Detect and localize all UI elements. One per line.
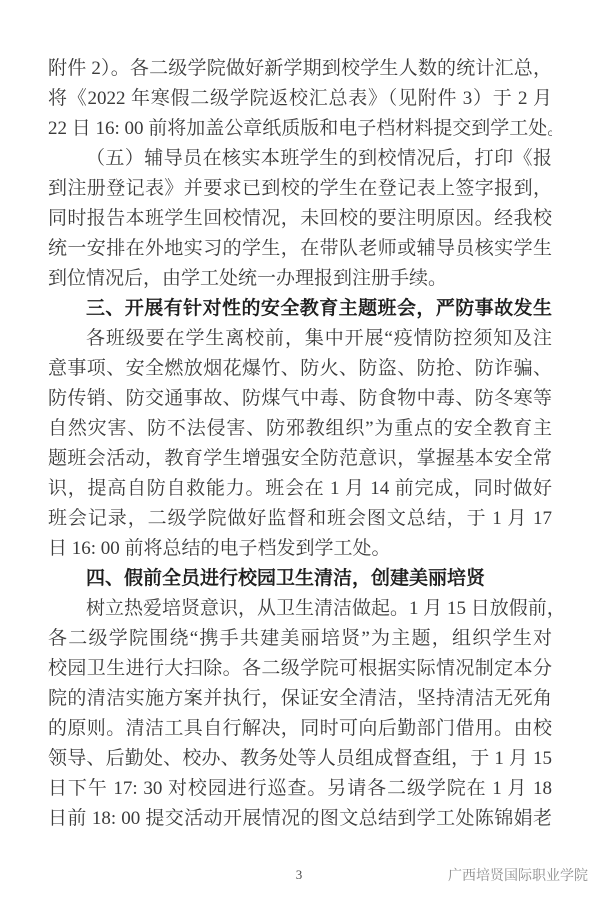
document-line: 意事项、安全燃放烟花爆竹、防火、防盗、防抢、防诈骗、	[48, 354, 552, 384]
document-line: 到注册登记表》并要求已到校的学生在登记表上签字报到，	[48, 174, 552, 204]
document-line: 日前 18: 00 提交活动开展情况的图文总结到学工处陈锦娟老	[48, 804, 552, 834]
document-line: 班会记录，二级学院做好监督和班会图文总结，于 1 月 17	[48, 504, 552, 534]
document-line: 防传销、防交通事故、防煤气中毒、防食物中毒、防冬寒等	[48, 384, 552, 414]
document-line: 日 16: 00 前将总结的电子档发到学工处。	[48, 534, 552, 564]
document-line: 到位情况后，由学工处统一办理报到注册手续。	[48, 264, 552, 294]
document-line: 各班级要在学生离校前，集中开展“疫情防控须知及注	[48, 324, 552, 354]
document-line: 领导、后勤处、校办、教务处等人员组成督查组，于 1 月 15	[48, 744, 552, 774]
document-line: 树立热爱培贤意识，从卫生清洁做起。1 月 15 日放假前，	[48, 594, 552, 624]
document-page: 附件 2）。各二级学院做好新学期到校学生人数的统计汇总， 将《2022 年寒假二…	[0, 0, 598, 900]
document-line: 的原则。清洁工具自行解决，同时可向后勤部门借用。由校	[48, 714, 552, 744]
document-line: 将《2022 年寒假二级学院返校汇总表》（见附件 3）于 2 月	[48, 84, 552, 114]
document-line: 日下午 17: 30 对校园进行巡查。另请各二级学院在 1 月 18	[48, 774, 552, 804]
document-line: 同时报告本班学生回校情况，未回校的要注明原因。经我校	[48, 204, 552, 234]
document-line: （五）辅导员在核实本班学生的到校情况后，打印《报	[48, 144, 552, 174]
footer-school-name: 广西培贤国际职业学院	[448, 865, 588, 885]
document-line: 统一安排在外地实习的学生，在带队老师或辅导员核实学生	[48, 234, 552, 264]
document-line: 校园卫生进行大扫除。各二级学院可根据实际情况制定本分	[48, 654, 552, 684]
section-heading-four: 四、假前全员进行校园卫生清洁，创建美丽培贤	[48, 564, 552, 594]
document-line: 自然灾害、防不法侵害、防邪教组织”为重点的安全教育主	[48, 414, 552, 444]
document-line: 22 日 16: 00 前将加盖公章纸质版和电子档材料提交到学工处。	[48, 114, 552, 144]
document-line: 题班会活动，教育学生增强安全防范意识，掌握基本安全常	[48, 444, 552, 474]
document-content: 附件 2）。各二级学院做好新学期到校学生人数的统计汇总， 将《2022 年寒假二…	[48, 54, 552, 834]
document-line: 各二级学院围绕“携手共建美丽培贤”为主题，组织学生对	[48, 624, 552, 654]
section-heading-three: 三、开展有针对性的安全教育主题班会，严防事故发生	[48, 294, 552, 324]
document-line: 附件 2）。各二级学院做好新学期到校学生人数的统计汇总，	[48, 54, 552, 84]
document-line: 院的清洁实施方案并执行，保证安全清洁，坚持清洁无死角	[48, 684, 552, 714]
document-line: 识，提高自防自救能力。班会在 1 月 14 前完成，同时做好	[48, 474, 552, 504]
